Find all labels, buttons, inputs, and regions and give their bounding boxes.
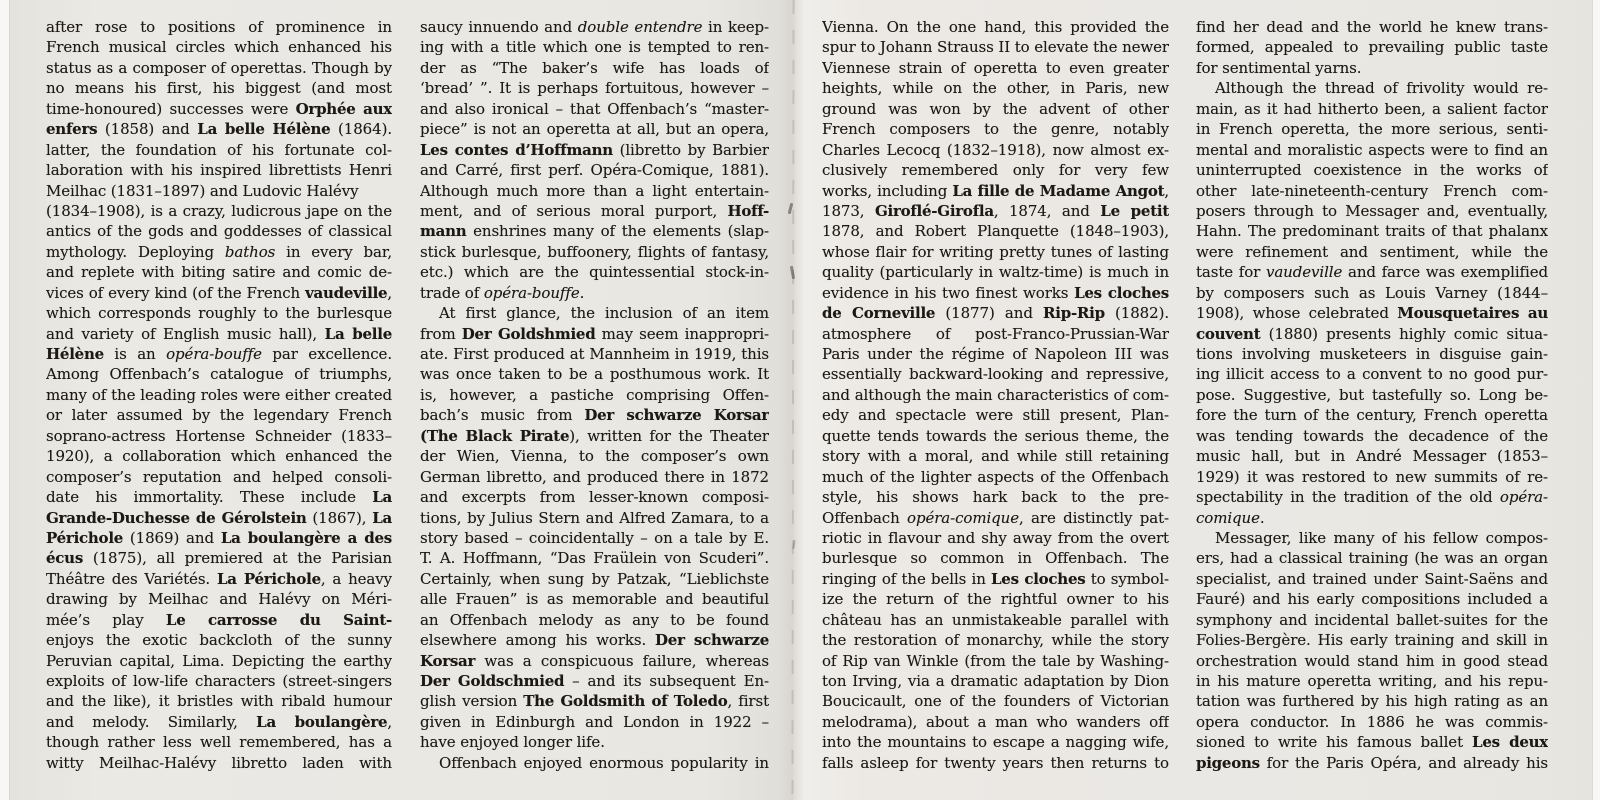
text-line: taste for vaudeville and farce was exemp… bbox=[1196, 262, 1548, 282]
text-line: opera conductor. In 1886 he was commis- bbox=[1196, 712, 1548, 732]
text-line: from Der Goldshmied may seem inappropri- bbox=[420, 324, 769, 344]
text-line: soprano-actress Hortense Schneider (1833… bbox=[46, 426, 392, 446]
fold-mark bbox=[790, 266, 795, 279]
text-line: stick burlesque, buffoonery, flights of … bbox=[420, 242, 769, 262]
center-fold-crease bbox=[791, 0, 794, 800]
text-line: status as a composer of operettas. Thoug… bbox=[46, 58, 392, 78]
text-line: Vienna. On the one hand, this provided t… bbox=[822, 17, 1169, 37]
text-line: enjoys the exotic backcloth of the sunny bbox=[46, 630, 392, 650]
text-line: etc.) which are the quintessential stock… bbox=[420, 262, 769, 282]
text-line: 1908), whose celebrated Mousquetaires au bbox=[1196, 303, 1548, 323]
text-line: posers through to Messager and, eventual… bbox=[1196, 201, 1548, 221]
text-line: works, including La fille de Madame Ango… bbox=[822, 181, 1169, 201]
text-line: is, however, a pastiche comprising Offen… bbox=[420, 385, 769, 405]
text-line: and replete with biting satire and comic… bbox=[46, 262, 392, 282]
text-line: quality (particularly in waltz-time) is … bbox=[822, 262, 1169, 282]
text-line: Offenbach opéra-comique, are distinctly … bbox=[822, 508, 1169, 528]
booklet-spread: after rose to positions of prominence in… bbox=[0, 0, 1600, 800]
text-line: Messager, like many of his fellow compos… bbox=[1196, 528, 1548, 548]
text-line: mythology. Deploying bathos in every bar… bbox=[46, 242, 392, 262]
text-line: orchestration would stand him in good st… bbox=[1196, 651, 1548, 671]
text-line: other late-nineteenth-century French com… bbox=[1196, 181, 1548, 201]
text-line: laboration with his inspired librettists… bbox=[46, 160, 392, 180]
text-line: ‘bread’ ”. It is perhaps fortuitous, how… bbox=[420, 78, 769, 98]
text-line: latter, the foundation of his fortunate … bbox=[46, 140, 392, 160]
text-line: style, his shows hark back to the pre- bbox=[822, 487, 1169, 507]
text-line: enfers (1858) and La belle Hélène (1864)… bbox=[46, 119, 392, 139]
text-line: Among Offenbach’s catalogue of triumphs, bbox=[46, 364, 392, 384]
text-line: Peruvian capital, Lima. Depicting the ea… bbox=[46, 651, 392, 671]
text-line: no means his first, his biggest (and mos… bbox=[46, 78, 392, 98]
text-line: 1929) it was restored to new summits of … bbox=[1196, 467, 1548, 487]
text-line: Grande-Duchesse de Gérolstein (1867), La bbox=[46, 508, 392, 528]
text-column-4: find her dead and the world he knew tran… bbox=[1196, 17, 1548, 773]
text-line: Although much more than a light entertai… bbox=[420, 181, 769, 201]
text-column-2: saucy innuendo and double entendre in ke… bbox=[420, 17, 769, 773]
text-line: Although the thread of frivolity would r… bbox=[1196, 78, 1548, 98]
text-line: symphony and incidental ballet-suites fo… bbox=[1196, 610, 1548, 630]
text-line: Paris under the régime of Napoleon III w… bbox=[822, 344, 1169, 364]
text-line: and although the main characteristics of… bbox=[822, 385, 1169, 405]
text-line: much of the lighter aspects of the Offen… bbox=[822, 467, 1169, 487]
text-line: Korsar was a conspicuous failure, wherea… bbox=[420, 651, 769, 671]
text-line: Théâtre des Variétés. La Périchole, a he… bbox=[46, 569, 392, 589]
text-line: pose. Suggestive, but tastefully so. Lon… bbox=[1196, 385, 1548, 405]
text-line: clusively remembered only for very few bbox=[822, 160, 1169, 180]
text-line: which corresponds roughly to the burlesq… bbox=[46, 303, 392, 323]
text-line: Les contes d’Hoffmann (libretto by Barbi… bbox=[420, 140, 769, 160]
text-line: ringing of the bells in Les cloches to s… bbox=[822, 569, 1169, 589]
text-line: mann enshrines many of the elements (sla… bbox=[420, 221, 769, 241]
text-line: de Corneville (1877) and Rip-Rip (1882).… bbox=[822, 303, 1169, 323]
text-line: vices of every kind (of the French vaude… bbox=[46, 283, 392, 303]
text-line: music hall, but in André Messager (1853– bbox=[1196, 446, 1548, 466]
text-line: Fauré) and his early compositions includ… bbox=[1196, 589, 1548, 609]
text-line: ate. First produced at Mannheim in 1919,… bbox=[420, 344, 769, 364]
text-line: der as “The baker’s wife has loads of bbox=[420, 58, 769, 78]
text-line: antics of the gods and goddesses of clas… bbox=[46, 221, 392, 241]
text-line: time-honoured) successes were Orphée aux bbox=[46, 99, 392, 119]
text-line: 1878, and Robert Planquette (1848–1903), bbox=[822, 221, 1169, 241]
text-line: and variety of English music hall), La b… bbox=[46, 324, 392, 344]
text-line: were refinement and sentiment, while the bbox=[1196, 242, 1548, 262]
text-line: At first glance, the inclusion of an ite… bbox=[420, 303, 769, 323]
text-line: melodrama), about a man who wanders off bbox=[822, 712, 1169, 732]
text-line: der Wien, Vienna, to the composer’s own bbox=[420, 446, 769, 466]
text-line: Périchole (1869) and La boulangère a des bbox=[46, 528, 392, 548]
text-line: ing illicit access to a convent to no go… bbox=[1196, 364, 1548, 384]
text-line: Der Goldschmied – and its subsequent En- bbox=[420, 671, 769, 691]
text-line: into the mountains to escape a nagging w… bbox=[822, 732, 1169, 752]
text-column-3: Vienna. On the one hand, this provided t… bbox=[822, 17, 1169, 773]
text-line: Hahn. The predominant traits of that pha… bbox=[1196, 221, 1548, 241]
text-line: an Offenbach melody as any to be found bbox=[420, 610, 769, 630]
left-page-edge bbox=[0, 0, 10, 800]
text-line: or later assumed by the legendary French bbox=[46, 405, 392, 425]
text-line: German libretto, and produced there in 1… bbox=[420, 467, 769, 487]
text-line: quette tends towards the serious theme, … bbox=[822, 426, 1169, 446]
text-line: glish version The Goldsmith of Toledo, f… bbox=[420, 691, 769, 711]
text-line: was once taken to be a posthumous work. … bbox=[420, 364, 769, 384]
text-line: (1834–1908), is a crazy, ludicrous jape … bbox=[46, 201, 392, 221]
text-line: exploits of low-life characters (street-… bbox=[46, 671, 392, 691]
text-line: witty Meilhac-Halévy libretto laden with bbox=[46, 753, 392, 773]
text-line: given in Edinburgh and London in 1922 – bbox=[420, 712, 769, 732]
text-line: T. A. Hoffmann, “Das Fraülein von Scuder… bbox=[420, 548, 769, 568]
text-line: écus (1875), all premiered at the Parisi… bbox=[46, 548, 392, 568]
text-line: spur to Johann Strauss II to elevate the… bbox=[822, 37, 1169, 57]
text-line: in his mature operetta writing, and his … bbox=[1196, 671, 1548, 691]
text-line: riotic in flavour and shy away from the … bbox=[822, 528, 1169, 548]
text-line: and excerpts from lesser-known composi- bbox=[420, 487, 769, 507]
right-page-edge bbox=[1592, 0, 1600, 800]
text-line: (The Black Pirate), written for the Thea… bbox=[420, 426, 769, 446]
text-line: in French operetta, the more serious, se… bbox=[1196, 119, 1548, 139]
text-column-1: after rose to positions of prominence in… bbox=[46, 17, 392, 773]
fold-mark bbox=[792, 540, 795, 549]
text-line: of Rip van Winkle (from the tale by Wash… bbox=[822, 651, 1169, 671]
text-line: pigeons for the Paris Opéra, and already… bbox=[1196, 753, 1548, 773]
text-line: alle Frauen” is as memorable and beautif… bbox=[420, 589, 769, 609]
text-line: piece” is not an operetta at all, but an… bbox=[420, 119, 769, 139]
text-line: couvent (1880) presents highly comic sit… bbox=[1196, 324, 1548, 344]
text-line: fore the turn of the century, French ope… bbox=[1196, 405, 1548, 425]
text-line: evidence in his two finest works Les clo… bbox=[822, 283, 1169, 303]
text-line: edy and spectacle were still present, Pl… bbox=[822, 405, 1169, 425]
text-line: many of the leading roles were either cr… bbox=[46, 385, 392, 405]
text-line: specialist, and trained under Saint-Saën… bbox=[1196, 569, 1548, 589]
text-line: elsewhere among his works. Der schwarze bbox=[420, 630, 769, 650]
text-line: tions involving musketeers in disguise g… bbox=[1196, 344, 1548, 364]
text-line: and the like), it bristles with ribald h… bbox=[46, 691, 392, 711]
text-line: the restoration of monarchy, while the s… bbox=[822, 630, 1169, 650]
text-line: bach’s music from Der schwarze Korsar bbox=[420, 405, 769, 425]
text-line: Meilhac (1831–1897) and Ludovic Halévy bbox=[46, 181, 392, 201]
text-line: main, as it had hitherto been, a salient… bbox=[1196, 99, 1548, 119]
text-line: ment, and of serious moral purport, Hoff… bbox=[420, 201, 769, 221]
text-line: Charles Lecocq (1832–1918), now almost e… bbox=[822, 140, 1169, 160]
text-line: 1873, Giroflé-Girofla, 1874, and Le peti… bbox=[822, 201, 1169, 221]
text-line: story with a moral, and while still reta… bbox=[822, 446, 1169, 466]
text-line: formed, appealed to prevailing public ta… bbox=[1196, 37, 1548, 57]
text-line: falls asleep for twenty years then retur… bbox=[822, 753, 1169, 773]
text-line: mental and moralistic aspects were to fi… bbox=[1196, 140, 1548, 160]
text-line: Hélène is an opéra-bouffe par excellence… bbox=[46, 344, 392, 364]
text-line: spectability in the tradition of the old… bbox=[1196, 487, 1548, 507]
text-line: Offenbach enjoyed enormous popularity in bbox=[420, 753, 769, 773]
text-line: composer’s reputation and helped consoli… bbox=[46, 467, 392, 487]
text-line: ground was won by the advent of other bbox=[822, 99, 1169, 119]
text-line: atmosphere of post-Franco-Prussian-War bbox=[822, 324, 1169, 344]
text-line: château has an unmistakeable parallel wi… bbox=[822, 610, 1169, 630]
text-line: Folies-Bergère. His early training and s… bbox=[1196, 630, 1548, 650]
text-line: story based – coincidentally – on a tale… bbox=[420, 528, 769, 548]
text-line: and melody. Similarly, La boulangère, bbox=[46, 712, 392, 732]
text-line: though rather less well remembered, has … bbox=[46, 732, 392, 752]
text-line: ize the return of the rightful owner to … bbox=[822, 589, 1169, 609]
text-line: and also ironical – that Offenbach’s “ma… bbox=[420, 99, 769, 119]
text-line: tation was furthered by his high rating … bbox=[1196, 691, 1548, 711]
text-line: was tending towards the decadence of the bbox=[1196, 426, 1548, 446]
text-line: whose flair for writing pretty tunes of … bbox=[822, 242, 1169, 262]
text-line: saucy innuendo and double entendre in ke… bbox=[420, 17, 769, 37]
text-line: sioned to write his famous ballet Les de… bbox=[1196, 732, 1548, 752]
text-line: for sentimental yarns. bbox=[1196, 58, 1548, 78]
text-line: mée’s play Le carrosse du Saint-Sacremen… bbox=[46, 610, 392, 630]
text-line: burlesque so common in Offenbach. The bbox=[822, 548, 1169, 568]
text-line: date his immortality. These include La bbox=[46, 487, 392, 507]
text-line: after rose to positions of prominence in bbox=[46, 17, 392, 37]
text-line: drawing by Meilhac and Halévy on Méri- bbox=[46, 589, 392, 609]
text-line: comique. bbox=[1196, 508, 1548, 528]
text-line: uninterrupted coexistence in the works o… bbox=[1196, 160, 1548, 180]
text-line: French musical circles which enhanced hi… bbox=[46, 37, 392, 57]
text-line: ton Irving, via a dramatic adaptation by… bbox=[822, 671, 1169, 691]
text-line: essentially backward-looking and repress… bbox=[822, 364, 1169, 384]
text-line: by composers such as Louis Varney (1844– bbox=[1196, 283, 1548, 303]
text-line: tions, by Julius Stern and Alfred Zamara… bbox=[420, 508, 769, 528]
text-line: French composers to the genre, notably bbox=[822, 119, 1169, 139]
text-line: 1920), a collaboration which enhanced th… bbox=[46, 446, 392, 466]
text-line: have enjoyed longer life. bbox=[420, 732, 769, 752]
text-line: Viennese strain of operetta to even grea… bbox=[822, 58, 1169, 78]
text-line: heights, while on the other, in Paris, n… bbox=[822, 78, 1169, 98]
text-line: ers, had a classical training (he was an… bbox=[1196, 548, 1548, 568]
text-line: ing with a title which one is tempted to… bbox=[420, 37, 769, 57]
text-line: find her dead and the world he knew tran… bbox=[1196, 17, 1548, 37]
text-line: Certainly, when sung by Patzak, “Lieblic… bbox=[420, 569, 769, 589]
text-line: trade of opéra-bouffe. bbox=[420, 283, 769, 303]
text-line: and Carré, first perf. Opéra-Comique, 18… bbox=[420, 160, 769, 180]
text-line: Boucicault, one of the founders of Victo… bbox=[822, 691, 1169, 711]
